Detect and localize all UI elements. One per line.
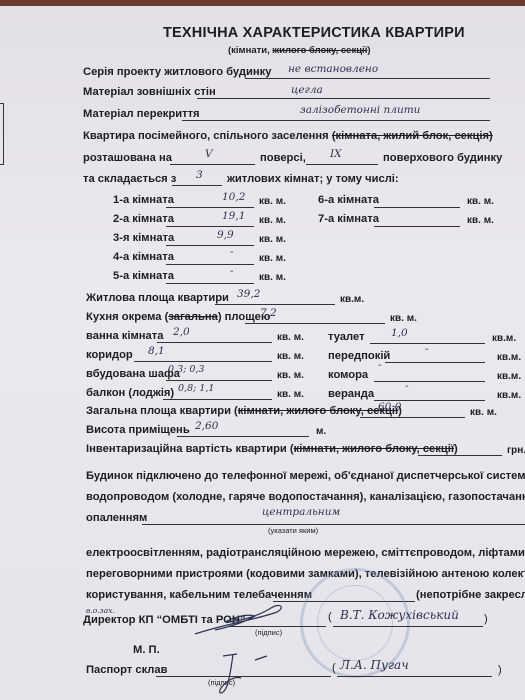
- height-line: [177, 436, 309, 437]
- heating-line: [142, 524, 525, 525]
- closet-line: [166, 380, 272, 381]
- room-6-label: 6-а кімната: [318, 194, 379, 206]
- walls-label: Матеріал зовнішніх стін: [83, 86, 216, 98]
- total-area-line: [360, 417, 465, 418]
- room-5-line: [166, 283, 254, 284]
- total-area-unit: кв. м.: [470, 407, 497, 418]
- floor-word: поверсі,: [260, 152, 306, 164]
- occupancy-struck-text: (кімната, жилий блок, секція): [332, 130, 493, 142]
- toilet-label: туалет: [328, 331, 365, 343]
- document-subtitle: (кімнати, жилого блоку, секції): [228, 45, 371, 56]
- utilities-line-4: переговорними пристроями (кодовими замка…: [86, 568, 525, 580]
- floor-number-line: [170, 164, 255, 165]
- occupancy-text: Квартира посімейного, спільного заселенн…: [83, 130, 332, 142]
- building-floors-line: [306, 164, 378, 165]
- heating-label: опаленням: [86, 512, 147, 524]
- series-label: Серія проекту житлового будинку: [83, 66, 271, 78]
- room-3-value: 9,9: [217, 229, 234, 241]
- kitchen-label-struck: загальна: [168, 311, 217, 323]
- living-area-unit: кв.м.: [340, 294, 364, 305]
- walls-value: цегла: [291, 84, 323, 96]
- director-signature: [185, 600, 295, 640]
- series-field-line: [245, 78, 490, 79]
- inventory-unit: грн.: [507, 445, 525, 456]
- utilities-line-1: Будинок підключено до телефонної мережі,…: [86, 470, 525, 482]
- room-4-unit: кв. м.: [259, 253, 286, 264]
- hall-value: -: [425, 343, 429, 355]
- floor-material-field-line: [182, 120, 490, 121]
- storage-line: [374, 381, 485, 382]
- utilities-line-3: електроосвітленням, радіотрансляційною м…: [86, 547, 525, 559]
- total-area-text: Загальна площа квартири (: [86, 405, 238, 417]
- room-1-unit: кв. м.: [259, 196, 286, 207]
- series-value: не встановлено: [288, 63, 378, 75]
- veranda-unit: кв.м.: [497, 390, 521, 401]
- corridor-value: 8,1: [148, 345, 165, 357]
- storage-label: комора: [328, 369, 368, 381]
- room-1-value: 10,2: [222, 191, 245, 203]
- floor-material-label: Матеріал перекриття: [83, 108, 200, 120]
- total-area-label: Загальна площа квартири (кімнати, жилого…: [86, 405, 402, 417]
- storage-unit: кв.м.: [497, 371, 521, 382]
- room-2-value: 19,1: [222, 210, 245, 222]
- director-name-line: [333, 626, 483, 627]
- occupancy-label: Квартира посімейного, спільного заселенн…: [83, 130, 493, 142]
- room-3-label: 3-я кімната: [113, 232, 174, 244]
- subtitle-close: ): [367, 45, 370, 56]
- seal-label: М. П.: [133, 644, 160, 656]
- room-6-unit: кв. м.: [467, 196, 494, 207]
- kitchen-unit: кв. м.: [390, 313, 417, 324]
- living-area-label: Житлова площа квартири: [86, 292, 229, 304]
- height-label: Висота приміщень: [86, 424, 190, 436]
- storage-value: -: [378, 359, 382, 371]
- room-5-label: 5-а кімната: [113, 270, 174, 282]
- room-2-label: 2-а кімната: [113, 213, 174, 225]
- inventory-label: Інвентаризаційна вартість квартири (кімн…: [86, 443, 458, 455]
- inventory-close: ): [454, 443, 458, 455]
- balcony-label: балкон (лоджія): [86, 387, 174, 399]
- veranda-value: -: [405, 380, 409, 392]
- building-word: поверхового будинку: [383, 152, 502, 164]
- heating-value: центральним: [262, 506, 340, 518]
- compiler-label: Паспорт склав: [86, 664, 168, 676]
- compiler-open-paren: (: [332, 662, 336, 674]
- room-4-line: [166, 264, 254, 265]
- room-4-label: 4-а кімната: [113, 251, 174, 263]
- room-4-value: -: [230, 246, 234, 258]
- kitchen-line: [245, 323, 385, 324]
- located-label: розташована на: [83, 152, 172, 164]
- compiler-signature: [215, 652, 275, 700]
- room-3-line: [166, 245, 254, 246]
- room-2-line: [166, 226, 254, 227]
- room-7-line: [374, 226, 460, 227]
- bath-unit: кв. м.: [277, 332, 304, 343]
- subtitle-text: (кімнати,: [228, 45, 272, 56]
- bath-line: [157, 342, 272, 343]
- hall-unit: кв.м.: [497, 352, 521, 363]
- room-2-unit: кв. м.: [259, 215, 286, 226]
- total-area-value: 60,0: [378, 401, 401, 413]
- room-6-line: [374, 207, 460, 208]
- utilities-line-2: водопроводом (холодне, гаряче водопостач…: [86, 491, 525, 503]
- document-title: ТЕХНІЧНА ХАРАКТЕРИСТИКА КВАРТИРИ: [163, 25, 465, 41]
- height-value: 2,60: [195, 420, 218, 432]
- heating-hint: (указати яким): [268, 526, 318, 535]
- rooms-count-value: 3: [196, 169, 203, 181]
- toilet-unit: кв.м.: [492, 333, 516, 344]
- room-5-unit: кв. м.: [259, 272, 286, 283]
- kitchen-label-text: Кухня окрема (: [86, 311, 168, 323]
- kitchen-label: Кухня окрема (загальна) площею: [86, 311, 270, 323]
- rooms-count-line: [172, 185, 222, 186]
- compiler-close-paren: ): [498, 664, 502, 676]
- living-area-line: [215, 304, 335, 305]
- room-7-label: 7-а кімната: [318, 213, 379, 225]
- closet-unit: кв. м.: [277, 370, 304, 381]
- walls-field-line: [197, 98, 490, 99]
- veranda-label: веранда: [328, 388, 374, 400]
- compiler-name: Л.А. Пугач: [340, 658, 409, 672]
- toilet-value: 1,0: [391, 327, 408, 339]
- director-close-paren: ): [484, 613, 488, 625]
- closet-label: вбудована шафа: [86, 368, 180, 380]
- corridor-unit: кв. м.: [277, 351, 304, 362]
- utilities-line-5-tail: (непотрібне закреслити): [416, 589, 525, 601]
- closet-value: 0,3; 0,3: [168, 364, 204, 375]
- height-unit: м.: [316, 426, 326, 437]
- inventory-text: Інвентаризаційна вартість квартири (: [86, 443, 294, 455]
- building-floors-value: IX: [330, 148, 342, 160]
- inventory-line: [418, 455, 502, 456]
- room-1-line: [166, 207, 254, 208]
- inventory-struck: кімнати, жилого блоку, секції: [294, 443, 454, 455]
- living-area-value: 39,2: [237, 288, 260, 300]
- balcony-unit: кв. м.: [277, 389, 304, 400]
- director-open-paren: (: [328, 611, 332, 623]
- consists-label: та складається з: [83, 173, 176, 185]
- photo-top-edge: [0, 0, 525, 6]
- room-5-value: -: [230, 265, 234, 277]
- room-3-unit: кв. м.: [259, 234, 286, 245]
- corridor-label: коридор: [86, 349, 133, 361]
- total-area-struck: кімнати, жилого блоку, секції: [238, 405, 398, 417]
- compiler-name-line: [337, 676, 492, 677]
- adjacent-page-edge: [0, 103, 4, 165]
- floor-number-value: V: [205, 148, 213, 160]
- balcony-value: 0,8; 1,1: [178, 383, 214, 394]
- bath-value: 2,0: [173, 326, 190, 338]
- director-name: В.Т. Кожухівський: [340, 608, 459, 622]
- kitchen-value: 7,2: [260, 307, 277, 319]
- subtitle-struck-text: жилого блоку, секції: [272, 45, 367, 56]
- balcony-line: [163, 399, 272, 400]
- room-7-unit: кв. м.: [467, 215, 494, 226]
- corridor-line: [134, 361, 272, 362]
- bath-label: ванна кімната: [86, 330, 163, 342]
- hall-line: [385, 362, 485, 363]
- room-1-label: 1-а кімната: [113, 194, 174, 206]
- floor-material-value: залізобетонні плити: [300, 104, 420, 116]
- rooms-word: житлових кімнат; у тому числі:: [227, 173, 399, 185]
